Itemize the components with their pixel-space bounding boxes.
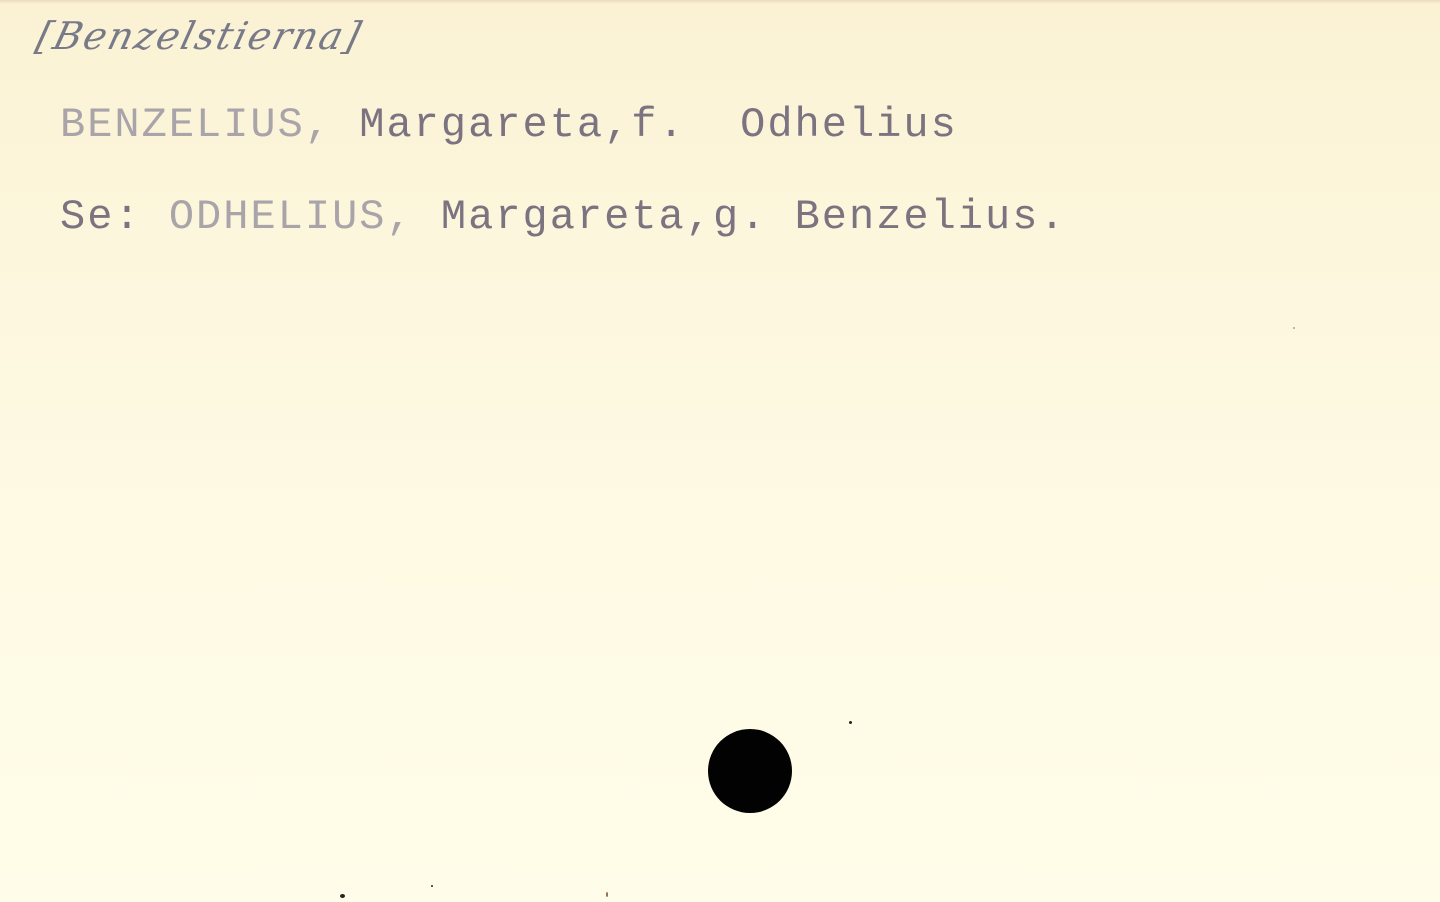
see-surname: ODHELIUS, xyxy=(169,193,414,241)
ink-speck xyxy=(431,885,433,887)
ink-speck xyxy=(340,894,345,898)
ink-speck xyxy=(849,721,852,724)
see-reference-line: Se: ODHELIUS, Margareta,g. Benzelius. xyxy=(60,196,1067,238)
see-given-name: Margareta,g. xyxy=(441,193,767,241)
heading-given-name: Margareta,f. xyxy=(359,101,685,149)
see-prefix: Se: xyxy=(60,193,142,241)
see-married-name: Benzelius. xyxy=(795,193,1067,241)
catalog-card: [Benzelstierna] BENZELIUS, Margareta,f. … xyxy=(0,0,1440,902)
heading-surname: BENZELIUS, xyxy=(60,101,332,149)
handwritten-note: [Benzelstierna] xyxy=(32,14,367,58)
card-top-edge xyxy=(0,0,1440,4)
heading-line: BENZELIUS, Margareta,f. Odhelius xyxy=(60,104,958,146)
ink-speck xyxy=(1293,327,1295,329)
heading-married-name: Odhelius xyxy=(740,101,958,149)
punch-hole xyxy=(708,729,792,813)
ink-speck xyxy=(606,892,608,897)
